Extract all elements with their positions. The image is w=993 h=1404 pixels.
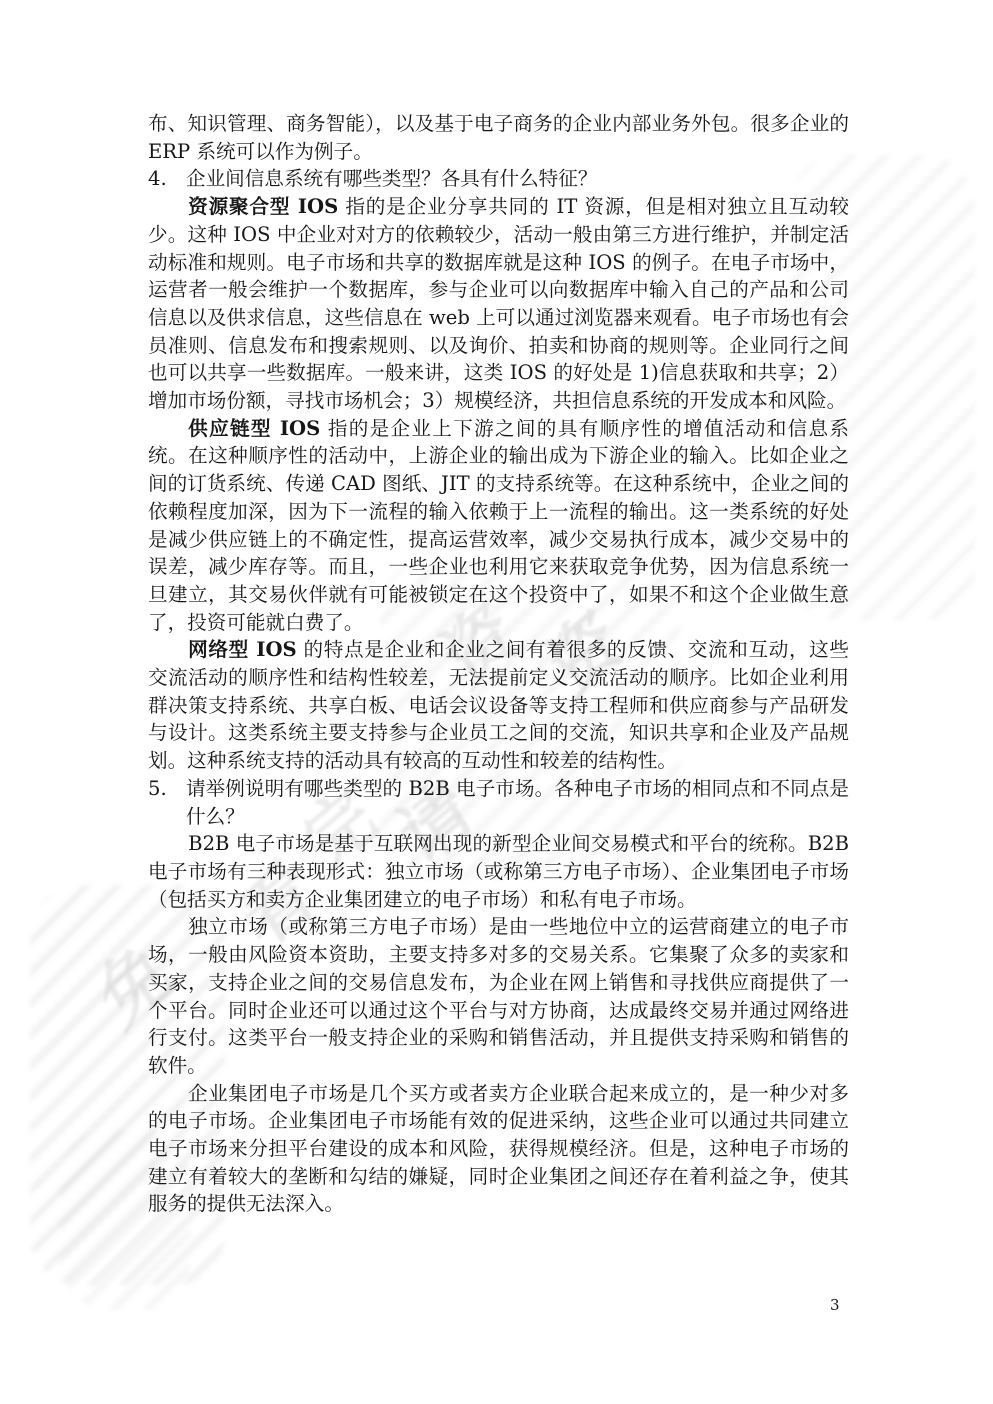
page-number: 3: [830, 1296, 840, 1314]
answer-lead: 供应链型 IOS: [188, 417, 320, 440]
question-text: 企业间信息系统有哪些类型？各具有什么特征？: [186, 167, 597, 190]
paragraph-continuation: 布、知识管理、商务智能），以及基于电子商务的企业内部业务外包。很多企业的 ERP…: [148, 110, 849, 165]
question-text: 请举例说明有哪些类型的 B2B 电子市场。各种电子市场的相同点和不同点是什么？: [186, 777, 849, 828]
answer-text: 指的是企业分享共同的 IT 资源，但是相对独立且互动较少。这种 IOS 中企业对…: [148, 195, 849, 412]
answer-paragraph: 企业集团电子市场是几个买方或者卖方企业联合起来成立的，是一种少对多的电子市场。企…: [148, 1080, 849, 1219]
question-4: 4. 企业间信息系统有哪些类型？各具有什么特征？: [148, 165, 849, 193]
question-number: 4.: [148, 165, 167, 193]
answer-paragraph: 网络型 IOS 的特点是企业和企业之间有着很多的反馈、交流和互动，这些交流活动的…: [148, 636, 849, 775]
answer-lead: 网络型 IOS: [188, 638, 297, 661]
answer-paragraph: 独立市场（或称第三方电子市场）是由一些地位中立的运营商建立的电子市场，一般由风险…: [148, 913, 849, 1079]
answer-paragraph: 资源聚合型 IOS 指的是企业分享共同的 IT 资源，但是相对独立且互动较少。这…: [148, 193, 849, 415]
answer-lead: 资源聚合型 IOS: [188, 195, 338, 218]
answer-paragraph: 供应链型 IOS 指的是企业上下游之间的具有顺序性的增值活动和信息系统。在这种顺…: [148, 415, 849, 637]
answer-text: 指的是企业上下游之间的具有顺序性的增值活动和信息系统。在这种顺序性的活动中，上游…: [148, 417, 849, 634]
document-text-column: 布、知识管理、商务智能），以及基于电子商务的企业内部业务外包。很多企业的 ERP…: [148, 110, 849, 1218]
question-number: 5.: [148, 775, 167, 803]
answer-paragraph: B2B 电子市场是基于互联网出现的新型企业间交易模式和平台的统称。B2B 电子市…: [148, 830, 849, 913]
question-5: 5. 请举例说明有哪些类型的 B2B 电子市场。各种电子市场的相同点和不同点是什…: [148, 775, 849, 830]
document-page: 资 资 完 请 看 免 布、知识管理、商务智能），以及基于电子商务的企业内部业务…: [0, 0, 993, 1404]
